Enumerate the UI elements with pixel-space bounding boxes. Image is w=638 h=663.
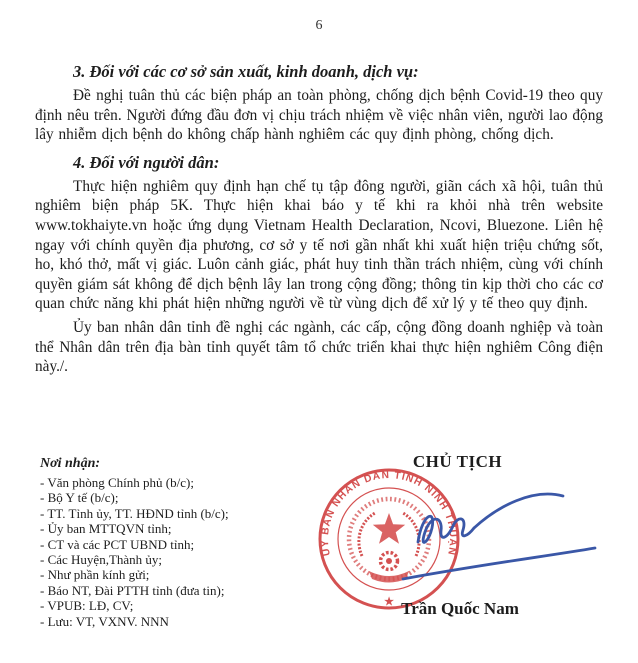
section-3-heading: 3. Đối với các cơ sở sản xuất, kinh doan… <box>35 61 603 82</box>
signer-title: CHỦ TỊCH <box>365 452 550 472</box>
recipient-item: - Văn phòng Chính phủ (b/c); <box>40 475 310 490</box>
recipient-item: - VPUB: LĐ, CV; <box>40 598 310 613</box>
section-3-paragraph: Đề nghị tuân thủ các biện pháp an toàn p… <box>35 86 603 145</box>
recipients-label: Nơi nhận: <box>40 456 310 472</box>
recipients-block: Nơi nhận: - Văn phòng Chính phủ (b/c);- … <box>40 456 310 629</box>
recipient-item: - Như phần kính gửi; <box>40 567 310 582</box>
page-number: 6 <box>0 18 638 34</box>
recipient-item: - Báo NT, Đài PTTH tỉnh (đưa tin); <box>40 583 310 598</box>
document-body: 3. Đối với các cơ sở sản xuất, kinh doan… <box>35 54 603 381</box>
recipient-item: - CT và các PCT UBND tỉnh; <box>40 537 310 552</box>
signer-name: Trần Quốc Nam <box>365 599 555 619</box>
recipient-item: - Lưu: VT, VXNV. NNN <box>40 614 310 629</box>
document-page: 6 3. Đối với các cơ sở sản xuất, kinh do… <box>0 0 638 663</box>
section-4-heading: 4. Đối với người dân: <box>35 152 603 173</box>
signature-ink-icon <box>348 466 638 601</box>
closing-paragraph: Ủy ban nhân dân tỉnh đề nghị các ngành, … <box>35 318 603 377</box>
recipient-item: - Ủy ban MTTQVN tỉnh; <box>40 521 310 536</box>
recipients-list: - Văn phòng Chính phủ (b/c);- Bộ Y tế (b… <box>40 475 310 629</box>
section-4-paragraph-1: Thực hiện nghiêm quy định hạn chế tụ tập… <box>35 177 603 314</box>
recipient-item: - Bộ Y tế (b/c); <box>40 490 310 505</box>
recipient-item: - Các Huyện,Thành ủy; <box>40 552 310 567</box>
recipient-item: - TT. Tỉnh ủy, TT. HĐND tỉnh (b/c); <box>40 506 310 521</box>
